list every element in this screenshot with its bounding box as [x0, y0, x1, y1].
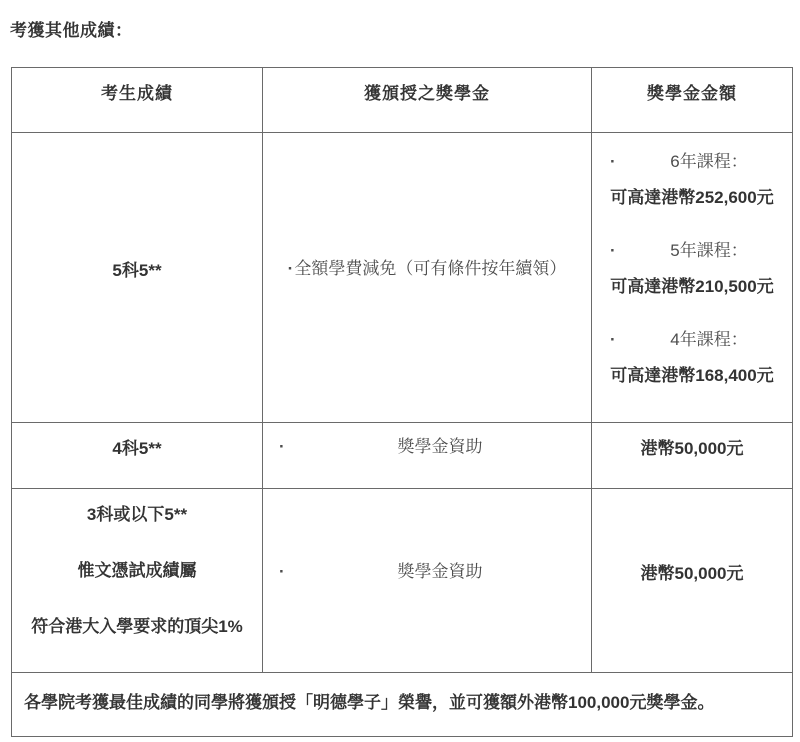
bullet-icon: ·: [610, 144, 616, 180]
header-label: 獲頒授之獎學金: [364, 79, 490, 104]
bullet-icon: ·: [279, 560, 285, 584]
score-line: 惟文憑試成績屬: [78, 543, 197, 599]
score-line: 符合港大入學要求的頂尖1%: [31, 599, 243, 655]
course-label: 6年課程：: [670, 152, 747, 171]
course-label: 4年課程：: [670, 330, 747, 349]
score-text: 4科5**: [112, 434, 161, 459]
row2-score-cell: 4科5**: [12, 423, 263, 489]
footer-note-text: 各學院考獲最佳成績的同學將獲頒授「明德學子」榮譽，並可獲額外港幣100,000元…: [24, 688, 714, 713]
course-label-line: ·5年課程：: [592, 233, 792, 269]
bullet-icon: ·: [610, 322, 616, 358]
footer-note-cell: 各學院考獲最佳成績的同學將獲頒授「明德學子」榮譽，並可獲額外港幣100,000元…: [12, 673, 792, 736]
amount-value: 可高達港幣168,400元: [592, 358, 792, 394]
bullet-icon: ·: [610, 233, 616, 269]
row2-amount-cell: 港幣50,000元: [592, 423, 792, 489]
award-text: 獎學金資助: [398, 562, 483, 581]
amount-group-4yr: ·4年課程： 可高達港幣168,400元: [592, 322, 792, 394]
score-text: 5科5**: [112, 256, 161, 281]
award-line: ·獎學金資助: [263, 560, 591, 584]
award-text: 全額學費減免（可有條件按年續領）: [294, 259, 566, 278]
course-label-line: ·6年課程：: [592, 144, 792, 180]
scholarship-table: 考生成績 獲頒授之獎學金 獎學金金額 5科5** ·全額學費減免（可有條件按年續…: [11, 67, 793, 737]
amount-value: 可高達港幣210,500元: [592, 269, 792, 305]
award-line: ·全額學費減免（可有條件按年續領）: [263, 257, 591, 281]
header-label: 獎學金金額: [647, 79, 737, 104]
amount-value: 港幣50,000元: [641, 434, 744, 459]
row1-award-cell: ·全額學費減免（可有條件按年續領）: [263, 133, 592, 423]
course-label-line: ·4年課程：: [592, 322, 792, 358]
row1-score-cell: 5科5**: [12, 133, 263, 423]
page: 考獲其他成績： 考生成績 獲頒授之獎學金 獎學金金額 5科5** ·全額學費減免…: [0, 0, 800, 742]
row3-award-cell: ·獎學金資助: [263, 489, 592, 673]
amount-group-5yr: ·5年課程： 可高達港幣210,500元: [592, 233, 792, 305]
header-label: 考生成績: [101, 79, 173, 104]
row1-amount-cell: ·6年課程： 可高達港幣252,600元 ·5年課程： 可高達港幣210,500…: [592, 133, 792, 423]
score-line: 3科或以下5**: [87, 487, 187, 543]
amount-group-6yr: ·6年課程： 可高達港幣252,600元: [592, 144, 792, 216]
award-text: 獎學金資助: [398, 437, 483, 456]
header-cell-candidate-results: 考生成績: [12, 68, 263, 133]
bullet-icon: ·: [279, 435, 285, 459]
bullet-icon: ·: [288, 259, 294, 278]
row3-score-cell: 3科或以下5** 惟文憑試成績屬 符合港大入學要求的頂尖1%: [12, 489, 263, 673]
amount-value: 港幣50,000元: [641, 559, 744, 584]
row3-amount-cell: 港幣50,000元: [592, 489, 792, 673]
header-cell-scholarship-awarded: 獲頒授之獎學金: [263, 68, 592, 133]
course-label: 5年課程：: [670, 241, 747, 260]
page-title: 考獲其他成績：: [10, 16, 133, 41]
amount-value: 可高達港幣252,600元: [592, 180, 792, 216]
header-cell-scholarship-amount: 獎學金金額: [592, 68, 792, 133]
row2-award-cell: ·獎學金資助: [263, 423, 592, 489]
award-line: ·獎學金資助: [263, 435, 591, 459]
